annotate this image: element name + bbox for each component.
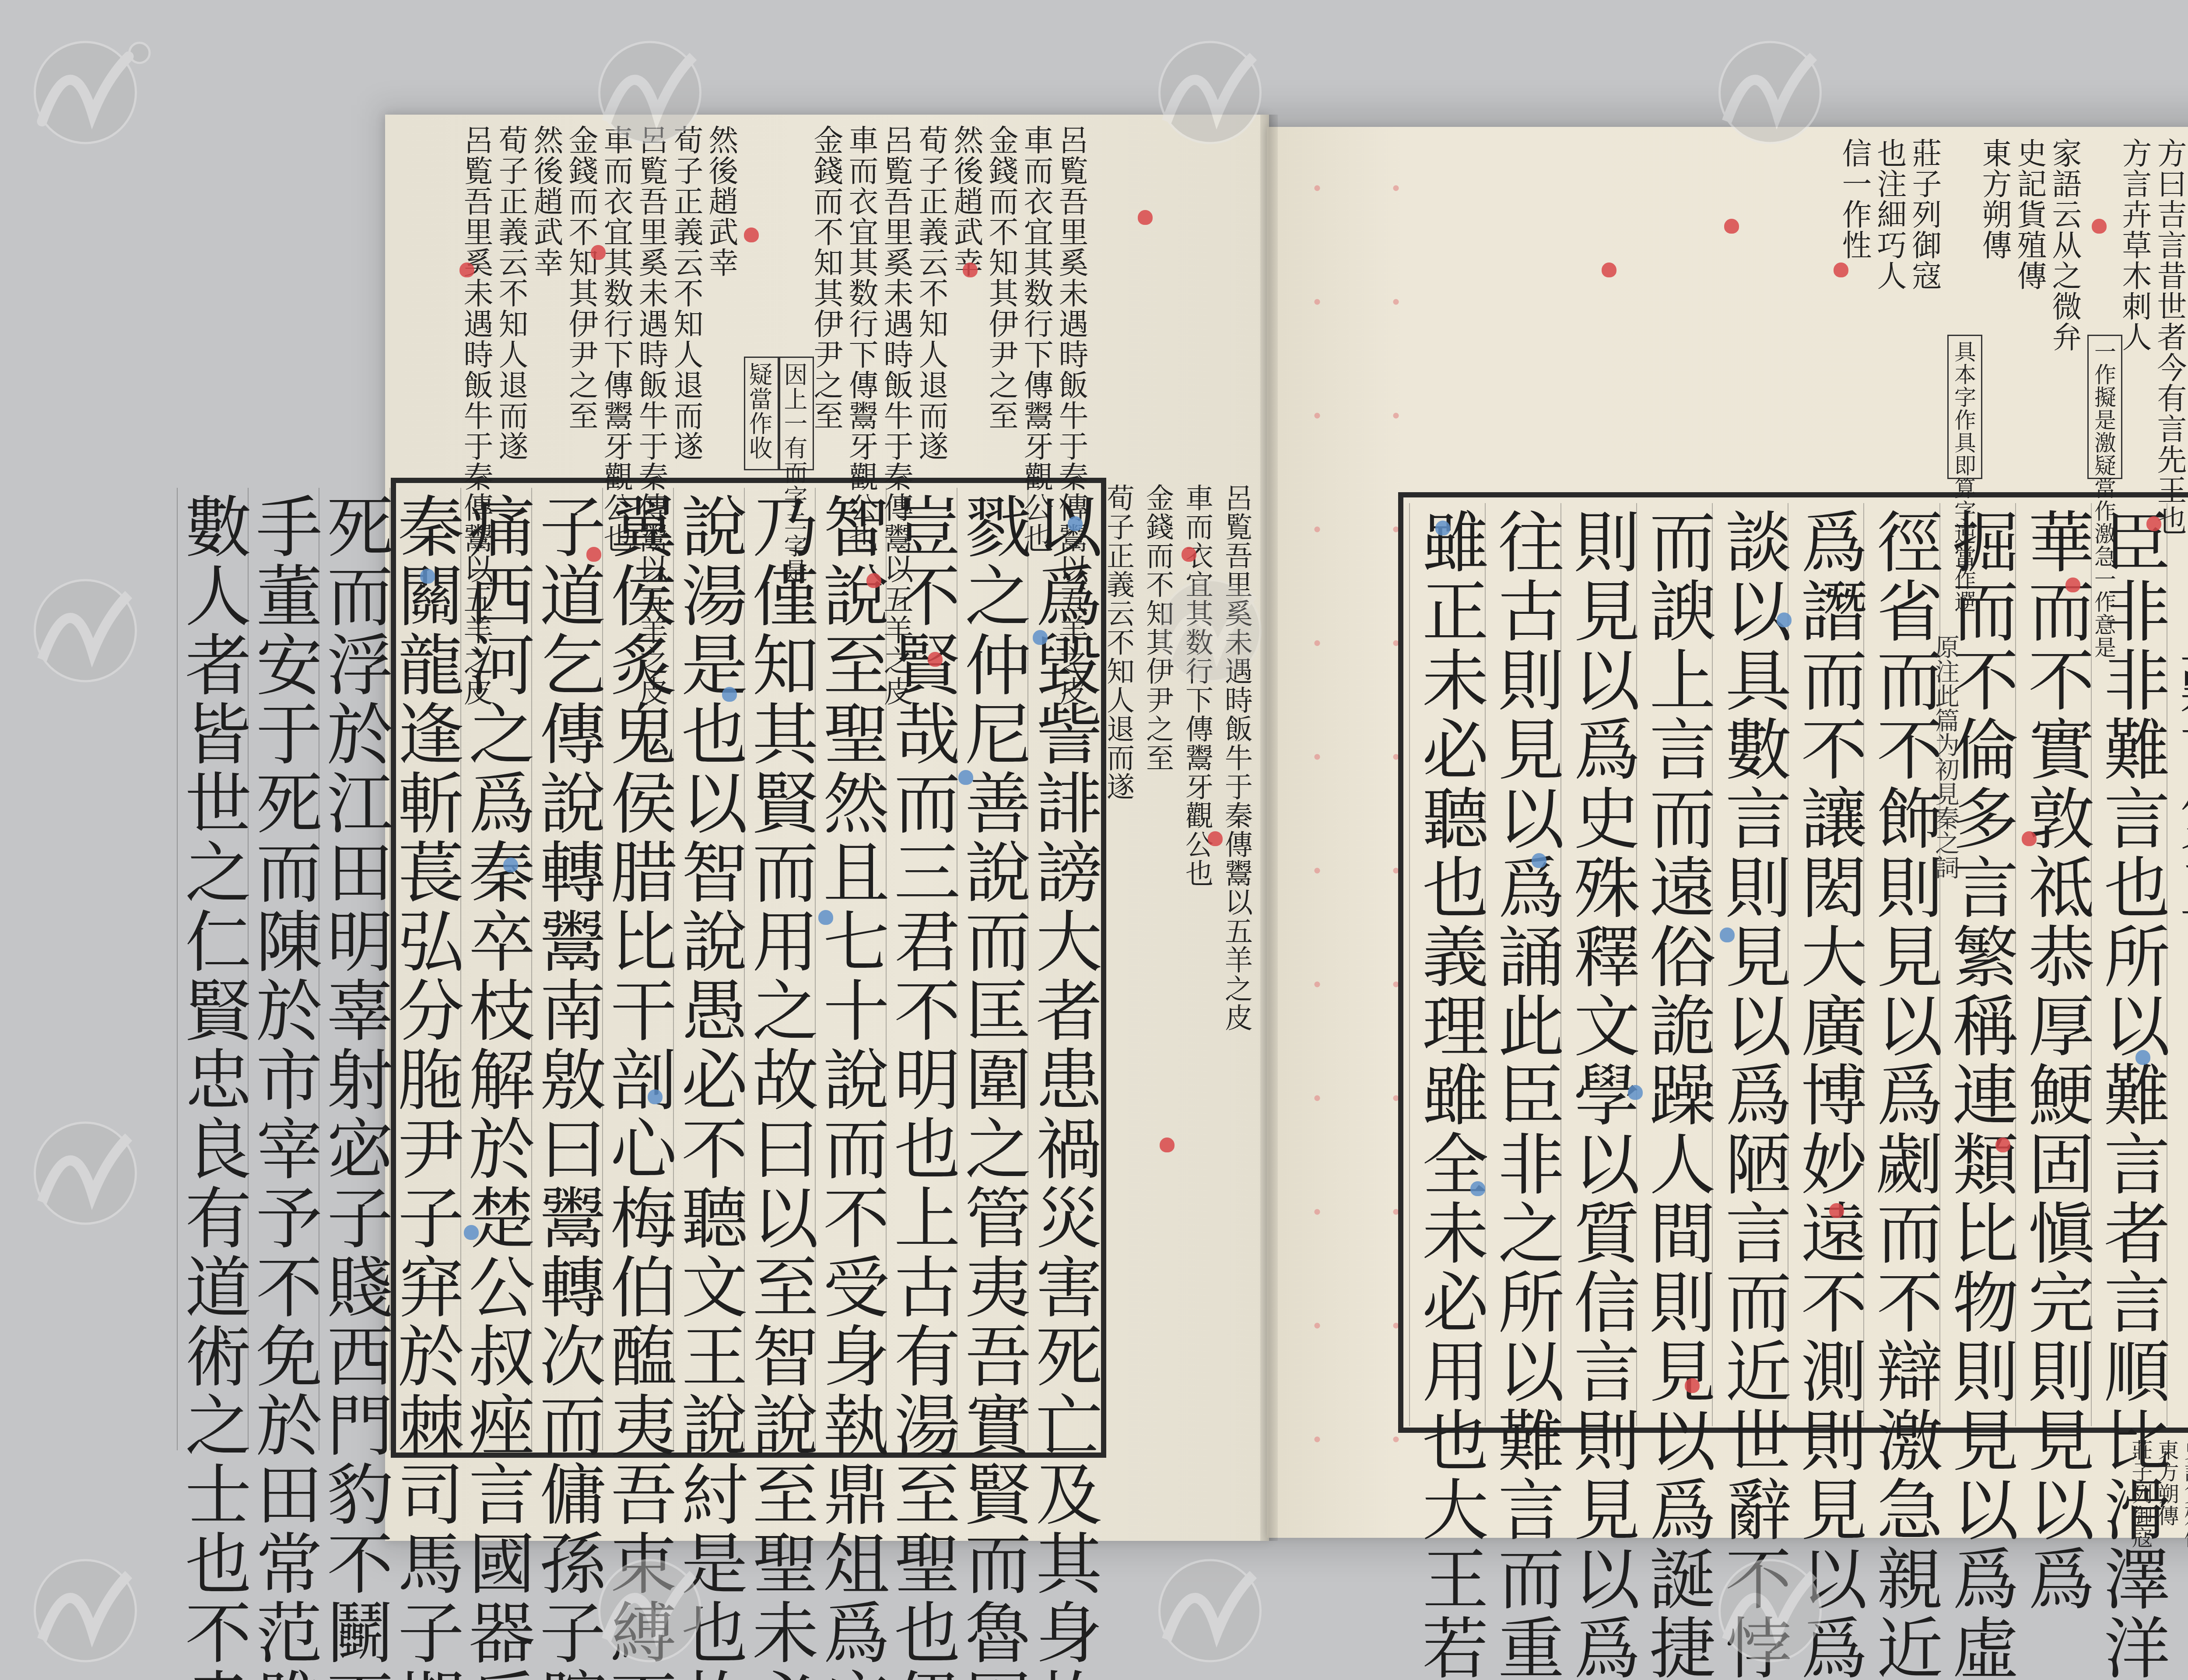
red-mark [1138, 210, 1153, 225]
book-gutter [1260, 115, 1278, 1541]
red-mark [1182, 547, 1196, 562]
blue-mark [503, 857, 518, 872]
boxed-note: 具本字作具即算字逆當作遻 [1947, 335, 1982, 479]
red-mark [2065, 577, 2080, 592]
text-column: 秦關龍逢斬萇弘分胣尹子穽於棘司馬子期 [389, 488, 460, 1450]
right-bottom-commentary: 史記貨殖傳 東方朔傳 莊子列御寇 [1729, 1435, 2188, 1531]
red-mark [1685, 1378, 1700, 1393]
commentary-column: 然後趙武幸 [709, 120, 744, 475]
red-mark [1602, 262, 1616, 277]
blue-mark [648, 1089, 663, 1104]
left-top-commentary: 呂覧吾里奚未遇時飯牛于秦傳鬻以五羊之皮 車而衣宜其数行下傳鬻牙觀公也 金錢而不知… [394, 120, 1094, 475]
red-mark [1834, 262, 1848, 277]
text-column: 豈不賢哉而三君不明也上古有湯至聖也伊尹至智也夫至 [886, 488, 957, 1450]
commentary-column: 方曰吉言昔世者今有言先王也 [2157, 133, 2188, 488]
blue-mark [1470, 1181, 1485, 1196]
right-top-commentary: 方言纖謂之毳妙也周禮遂師 白虎通服必剝其罪 方曰吉言昔世者今有言先王也 方言卉草… [1518, 133, 2188, 488]
boxed-note: 疑當作收 [744, 357, 779, 470]
text-column: 爲譖而不讓閎大廣博妙遠不測則見以爲夸而無用家計小 [1788, 503, 1863, 1426]
blue-mark [1777, 612, 1792, 627]
text-column: 往古則見以爲誦此臣非之所以難言而重患也故度量 [1485, 503, 1560, 1426]
text-column: 乃僅知其賢而用之故曰以至智說至聖未必至而見受伊尹 [744, 488, 815, 1450]
blue-mark [2135, 1050, 2150, 1065]
commentary-column: 呂覧吾里奚未遇時飯牛于秦傳鬻以五羊之皮 [1219, 479, 1258, 1533]
watermark-logo [13, 13, 158, 157]
left-side-commentary: 呂覧吾里奚未遇時飯牛于秦傳鬻以五羊之皮 車而衣宜其数行下傳鬻牙觀公也 金錢而不知… [1109, 479, 1258, 1533]
text-column: 痛西河之爲秦卒枝解於楚公叔痤言國器反爲悖公孫鞅奔 [460, 488, 531, 1450]
blue-mark [818, 910, 833, 925]
red-mark [1829, 1203, 1844, 1218]
watermark-logo [13, 1531, 158, 1676]
blue-mark [1068, 516, 1083, 531]
text-column: 談以具數言則見以爲陋言而近世辭不悖逆則見以爲貪生 [1712, 503, 1788, 1426]
text-column: 死而浮於江田明辜射宓子賤西門豹不鬭而死人 [319, 488, 389, 1450]
blue-mark [722, 687, 737, 702]
red-mark [2022, 831, 2037, 846]
commentary-column: 呂覧吾里奚未遇時飯牛于秦傳鬻以五羊之皮 [1059, 120, 1094, 475]
text-column: 而諛上言而遠俗詭躁人間則見以爲誕捷敏辯給繁於文采 [1636, 503, 1712, 1426]
chapter-note: 原注此篇为初見秦之詞 [1928, 634, 1963, 879]
commentary-column: 家語云从之微弁 [2052, 133, 2087, 488]
text-column: 智說至聖然且七十說而不受身執鼎俎爲庖宰昵近習親而湯 [815, 488, 886, 1450]
red-mark [744, 227, 759, 242]
red-mark [963, 262, 978, 277]
text-column: 說湯是也以智說愚必不聽文王說紂是也故文王說紂因之 [673, 488, 744, 1450]
red-mark [1208, 831, 1223, 846]
text-column: 戮之仲尼善說而匡圍之管夷吾實賢而魯囚之故此三大夫 [957, 488, 1027, 1450]
chapter-heading-column: 難言第三 [2167, 503, 2188, 1426]
red-mark [591, 245, 606, 260]
blue-mark [420, 569, 435, 584]
text-column: 雖正未必聽也義理雖全未必用也大王若以此不信則小者 [1409, 503, 1485, 1426]
commentary-column: 荀子正義云不知人退而遂 [1101, 479, 1140, 1533]
commentary-column: 車而衣宜其数行下傳鬻牙觀公也 [1179, 479, 1219, 1533]
commentary-column: 史記貨殖傳 [2184, 1435, 2188, 1531]
text-column: 數人者皆世之仁賢忠良有道術之士也不幸而遇悖亂闇惑 [177, 488, 248, 1450]
watermark-logo [13, 1094, 158, 1238]
text-column: 則見以爲史殊釋文學以質信言則見以爲鄙時稱詩書道法 [1560, 503, 1636, 1426]
commentary-column: 金錢而不知其伊尹之至 [1140, 479, 1179, 1533]
left-main-text: 以爲毀訾誹謗大者患禍災害死亡及其身故子胥善謀而呉 戮之仲尼善說而匡圍之管夷吾實賢… [403, 488, 1098, 1450]
red-speckle-area [1278, 131, 1418, 1531]
red-mark [1995, 1137, 2010, 1152]
red-mark [928, 652, 943, 667]
red-mark [1724, 219, 1739, 234]
watermark-logo [13, 551, 158, 696]
red-mark [586, 547, 601, 562]
blue-mark [1720, 927, 1735, 942]
blue-mark [1532, 853, 1546, 868]
red-mark [866, 573, 881, 588]
blue-mark [1435, 521, 1450, 535]
text-column: 子道乞傳說轉鬻南敫曰鬻轉次而傭孫子臏脚於魏呉起收泣於岸門 [531, 488, 602, 1450]
boxed-note: 一作擬是激疑當作激急一作意是 [2087, 335, 2122, 479]
red-mark [2146, 516, 2161, 531]
text-column: 華而不實敦祗恭厚鯁固愼完則見以爲 [2015, 503, 2091, 1426]
blue-mark [464, 1225, 479, 1240]
blue-mark [1033, 630, 1048, 645]
chapter-title: 難言第三 [2169, 647, 2188, 924]
red-mark [459, 262, 474, 277]
red-mark [2092, 219, 2107, 234]
text-column: 翼侯炙鬼侯腊比干剖心梅伯醢夷吾束縛而曹羈奔陳伯里 [602, 488, 673, 1450]
blue-mark [958, 770, 973, 785]
commentary-column: 莊子列御寇 [1912, 133, 1947, 488]
text-column: 手董安于死而陳於市宰予不免於田常范雎折脅於魏此十 [248, 488, 319, 1450]
blue-mark [1628, 1085, 1643, 1100]
red-mark [1160, 1137, 1175, 1152]
right-main-text: 不通則韓之信未可知也夫秦必釋趙之患而移兵於韓願陛下 幸復察圖之而賜臣報決 難言第… [1409, 503, 2188, 1426]
text-column: 臣非非難言也所以難言者言順比滑澤洋洋纚纚然則見以爲 [2091, 503, 2167, 1426]
nishogakusha-logo-icon [13, 13, 158, 157]
